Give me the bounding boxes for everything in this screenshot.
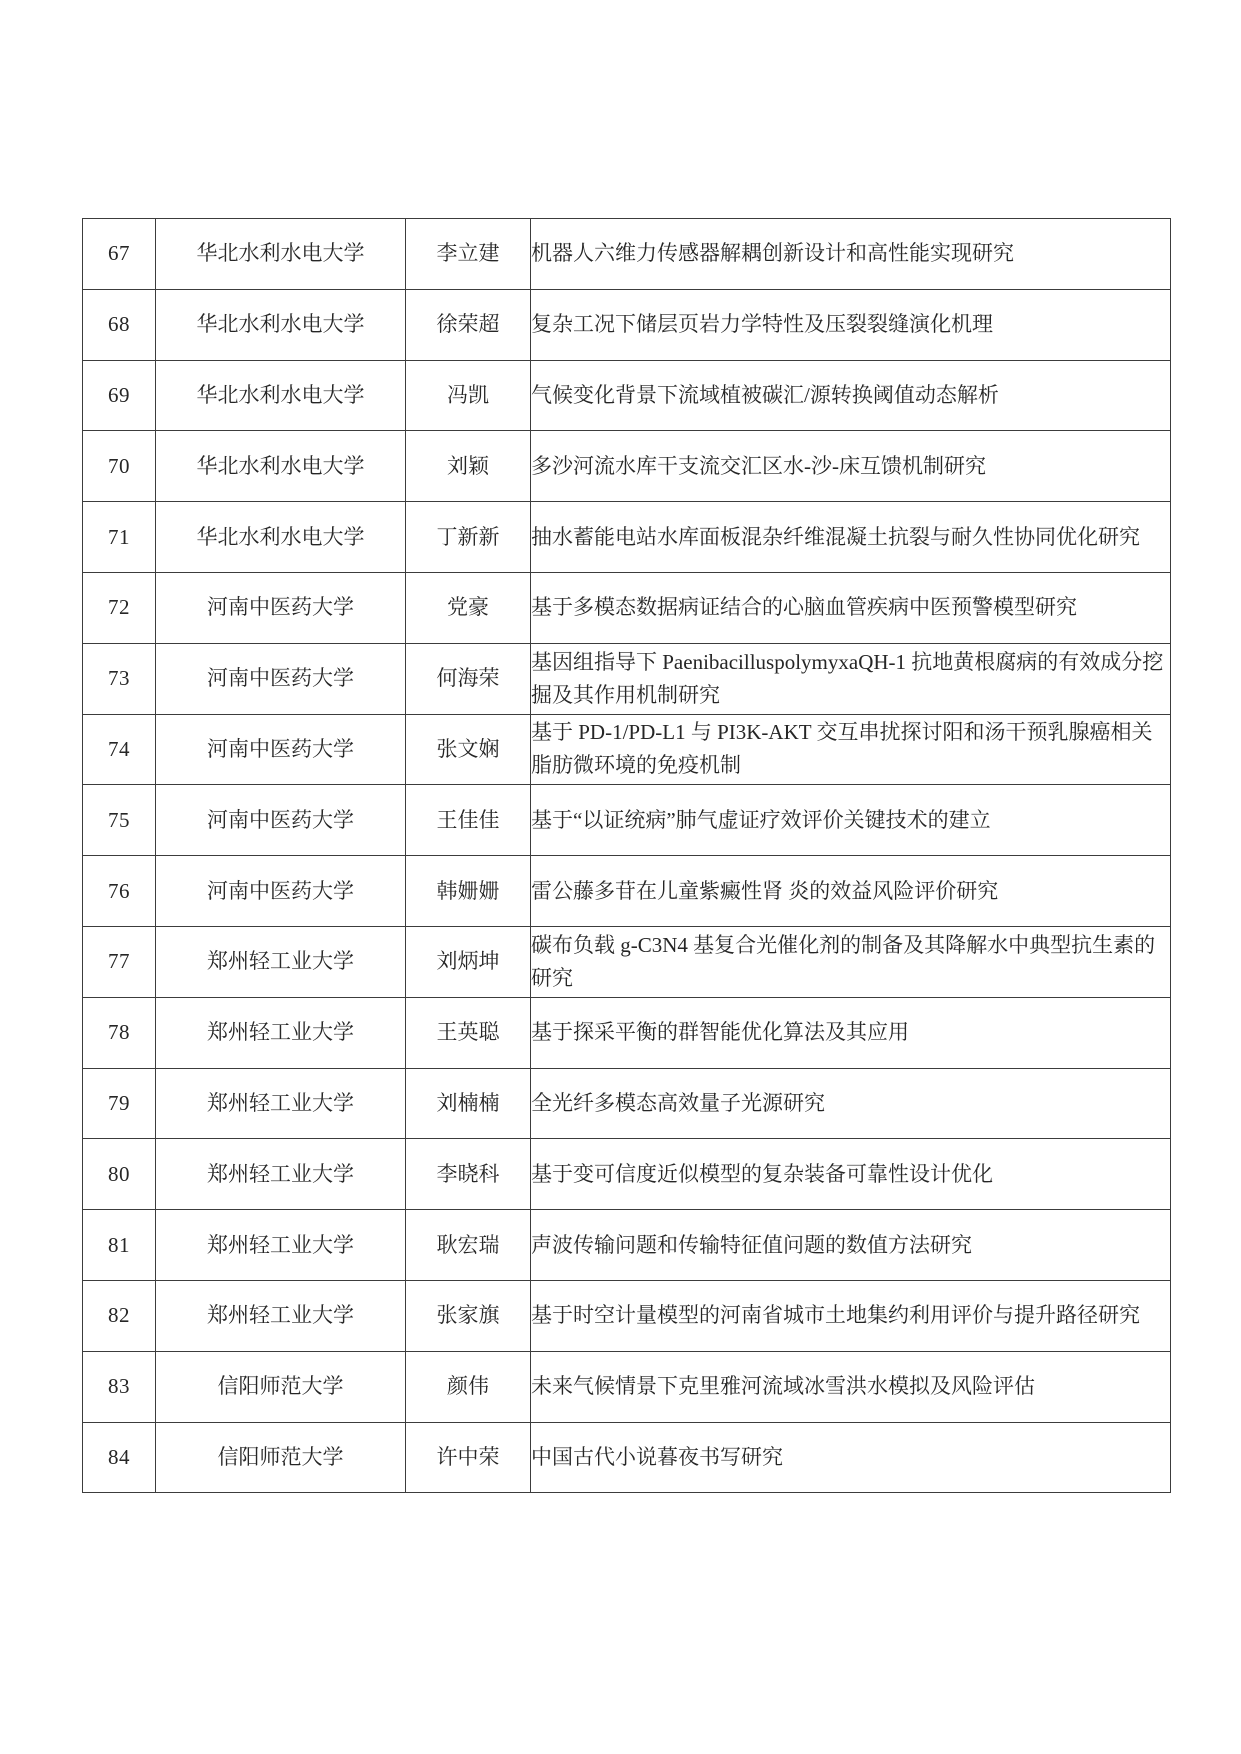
table-row: 79郑州轻工业大学刘楠楠全光纤多模态高效量子光源研究: [83, 1068, 1171, 1139]
person-name-cell: 冯凯: [406, 360, 531, 431]
table-body: 67华北水利水电大学李立建机器人六维力传感器解耦创新设计和高性能实现研究68华北…: [83, 219, 1171, 1493]
project-title-cell: 基因组指导下 PaenibacilluspolymyxaQH-1 抗地黄根腐病的…: [531, 643, 1171, 714]
row-number-cell: 77: [83, 926, 156, 997]
row-number-cell: 80: [83, 1139, 156, 1210]
person-name-cell: 何海荣: [406, 643, 531, 714]
table-row: 81郑州轻工业大学耿宏瑞声波传输问题和传输特征值问题的数值方法研究: [83, 1210, 1171, 1281]
university-cell: 华北水利水电大学: [156, 431, 406, 502]
project-title-cell: 声波传输问题和传输特征值问题的数值方法研究: [531, 1210, 1171, 1281]
table-row: 71华北水利水电大学丁新新抽水蓄能电站水库面板混杂纤维混凝土抗裂与耐久性协同优化…: [83, 502, 1171, 573]
university-cell: 河南中医药大学: [156, 572, 406, 643]
project-title-cell: 基于 PD-1/PD-L1 与 PI3K-AKT 交互串扰探讨阳和汤干预乳腺癌相…: [531, 714, 1171, 785]
university-cell: 华北水利水电大学: [156, 360, 406, 431]
person-name-cell: 张文娴: [406, 714, 531, 785]
row-number-cell: 82: [83, 1280, 156, 1351]
person-name-cell: 丁新新: [406, 502, 531, 573]
row-number-cell: 84: [83, 1422, 156, 1493]
university-cell: 河南中医药大学: [156, 643, 406, 714]
project-title-cell: 基于变可信度近似模型的复杂装备可靠性设计优化: [531, 1139, 1171, 1210]
university-cell: 华北水利水电大学: [156, 289, 406, 360]
row-number-cell: 68: [83, 289, 156, 360]
row-number-cell: 71: [83, 502, 156, 573]
person-name-cell: 徐荣超: [406, 289, 531, 360]
person-name-cell: 刘颖: [406, 431, 531, 502]
person-name-cell: 刘炳坤: [406, 926, 531, 997]
row-number-cell: 83: [83, 1351, 156, 1422]
project-title-cell: 机器人六维力传感器解耦创新设计和高性能实现研究: [531, 219, 1171, 290]
table-row: 77郑州轻工业大学刘炳坤碳布负载 g-C3N4 基复合光催化剂的制备及其降解水中…: [83, 926, 1171, 997]
table-row: 69华北水利水电大学冯凯气候变化背景下流域植被碳汇/源转换阈值动态解析: [83, 360, 1171, 431]
person-name-cell: 刘楠楠: [406, 1068, 531, 1139]
university-cell: 信阳师范大学: [156, 1351, 406, 1422]
project-title-cell: 抽水蓄能电站水库面板混杂纤维混凝土抗裂与耐久性协同优化研究: [531, 502, 1171, 573]
row-number-cell: 67: [83, 219, 156, 290]
project-title-cell: 基于多模态数据病证结合的心脑血管疾病中医预警模型研究: [531, 572, 1171, 643]
university-cell: 郑州轻工业大学: [156, 926, 406, 997]
project-title-cell: 多沙河流水库干支流交汇区水-沙-床互馈机制研究: [531, 431, 1171, 502]
person-name-cell: 李晓科: [406, 1139, 531, 1210]
document-page: 67华北水利水电大学李立建机器人六维力传感器解耦创新设计和高性能实现研究68华北…: [0, 0, 1241, 1754]
university-cell: 华北水利水电大学: [156, 219, 406, 290]
table-row: 74河南中医药大学张文娴基于 PD-1/PD-L1 与 PI3K-AKT 交互串…: [83, 714, 1171, 785]
row-number-cell: 81: [83, 1210, 156, 1281]
row-number-cell: 69: [83, 360, 156, 431]
row-number-cell: 79: [83, 1068, 156, 1139]
project-title-cell: 未来气候情景下克里雅河流域冰雪洪水模拟及风险评估: [531, 1351, 1171, 1422]
row-number-cell: 73: [83, 643, 156, 714]
table-row: 72河南中医药大学党豪基于多模态数据病证结合的心脑血管疾病中医预警模型研究: [83, 572, 1171, 643]
table-row: 78郑州轻工业大学王英聪基于探采平衡的群智能优化算法及其应用: [83, 997, 1171, 1068]
person-name-cell: 王英聪: [406, 997, 531, 1068]
table-row: 68华北水利水电大学徐荣超复杂工况下储层页岩力学特性及压裂裂缝演化机理: [83, 289, 1171, 360]
person-name-cell: 许中荣: [406, 1422, 531, 1493]
person-name-cell: 颜伟: [406, 1351, 531, 1422]
table-row: 70华北水利水电大学刘颖多沙河流水库干支流交汇区水-沙-床互馈机制研究: [83, 431, 1171, 502]
person-name-cell: 韩姗姗: [406, 856, 531, 927]
project-title-cell: 基于“以证统病”肺气虚证疗效评价关键技术的建立: [531, 785, 1171, 856]
university-cell: 信阳师范大学: [156, 1422, 406, 1493]
row-number-cell: 72: [83, 572, 156, 643]
university-cell: 郑州轻工业大学: [156, 997, 406, 1068]
table-row: 82郑州轻工业大学张家旗基于时空计量模型的河南省城市土地集约利用评价与提升路径研…: [83, 1280, 1171, 1351]
person-name-cell: 党豪: [406, 572, 531, 643]
table-row: 83信阳师范大学颜伟未来气候情景下克里雅河流域冰雪洪水模拟及风险评估: [83, 1351, 1171, 1422]
table-row: 76河南中医药大学韩姗姗雷公藤多苷在儿童紫癜性肾 炎的效益风险评价研究: [83, 856, 1171, 927]
person-name-cell: 耿宏瑞: [406, 1210, 531, 1281]
university-cell: 郑州轻工业大学: [156, 1210, 406, 1281]
university-cell: 郑州轻工业大学: [156, 1139, 406, 1210]
project-title-cell: 中国古代小说暮夜书写研究: [531, 1422, 1171, 1493]
university-cell: 华北水利水电大学: [156, 502, 406, 573]
projects-table: 67华北水利水电大学李立建机器人六维力传感器解耦创新设计和高性能实现研究68华北…: [82, 218, 1171, 1493]
project-title-cell: 基于时空计量模型的河南省城市土地集约利用评价与提升路径研究: [531, 1280, 1171, 1351]
person-name-cell: 张家旗: [406, 1280, 531, 1351]
university-cell: 郑州轻工业大学: [156, 1280, 406, 1351]
row-number-cell: 70: [83, 431, 156, 502]
project-title-cell: 碳布负载 g-C3N4 基复合光催化剂的制备及其降解水中典型抗生素的研究: [531, 926, 1171, 997]
project-title-cell: 基于探采平衡的群智能优化算法及其应用: [531, 997, 1171, 1068]
university-cell: 河南中医药大学: [156, 856, 406, 927]
project-title-cell: 气候变化背景下流域植被碳汇/源转换阈值动态解析: [531, 360, 1171, 431]
person-name-cell: 王佳佳: [406, 785, 531, 856]
table-row: 73河南中医药大学何海荣基因组指导下 Paenibacilluspolymyxa…: [83, 643, 1171, 714]
university-cell: 河南中医药大学: [156, 714, 406, 785]
row-number-cell: 78: [83, 997, 156, 1068]
row-number-cell: 75: [83, 785, 156, 856]
row-number-cell: 76: [83, 856, 156, 927]
project-title-cell: 全光纤多模态高效量子光源研究: [531, 1068, 1171, 1139]
row-number-cell: 74: [83, 714, 156, 785]
project-title-cell: 雷公藤多苷在儿童紫癜性肾 炎的效益风险评价研究: [531, 856, 1171, 927]
university-cell: 郑州轻工业大学: [156, 1068, 406, 1139]
table-row: 80郑州轻工业大学李晓科基于变可信度近似模型的复杂装备可靠性设计优化: [83, 1139, 1171, 1210]
project-title-cell: 复杂工况下储层页岩力学特性及压裂裂缝演化机理: [531, 289, 1171, 360]
table-row: 67华北水利水电大学李立建机器人六维力传感器解耦创新设计和高性能实现研究: [83, 219, 1171, 290]
university-cell: 河南中医药大学: [156, 785, 406, 856]
table-row: 75河南中医药大学王佳佳基于“以证统病”肺气虚证疗效评价关键技术的建立: [83, 785, 1171, 856]
table-row: 84信阳师范大学许中荣中国古代小说暮夜书写研究: [83, 1422, 1171, 1493]
person-name-cell: 李立建: [406, 219, 531, 290]
